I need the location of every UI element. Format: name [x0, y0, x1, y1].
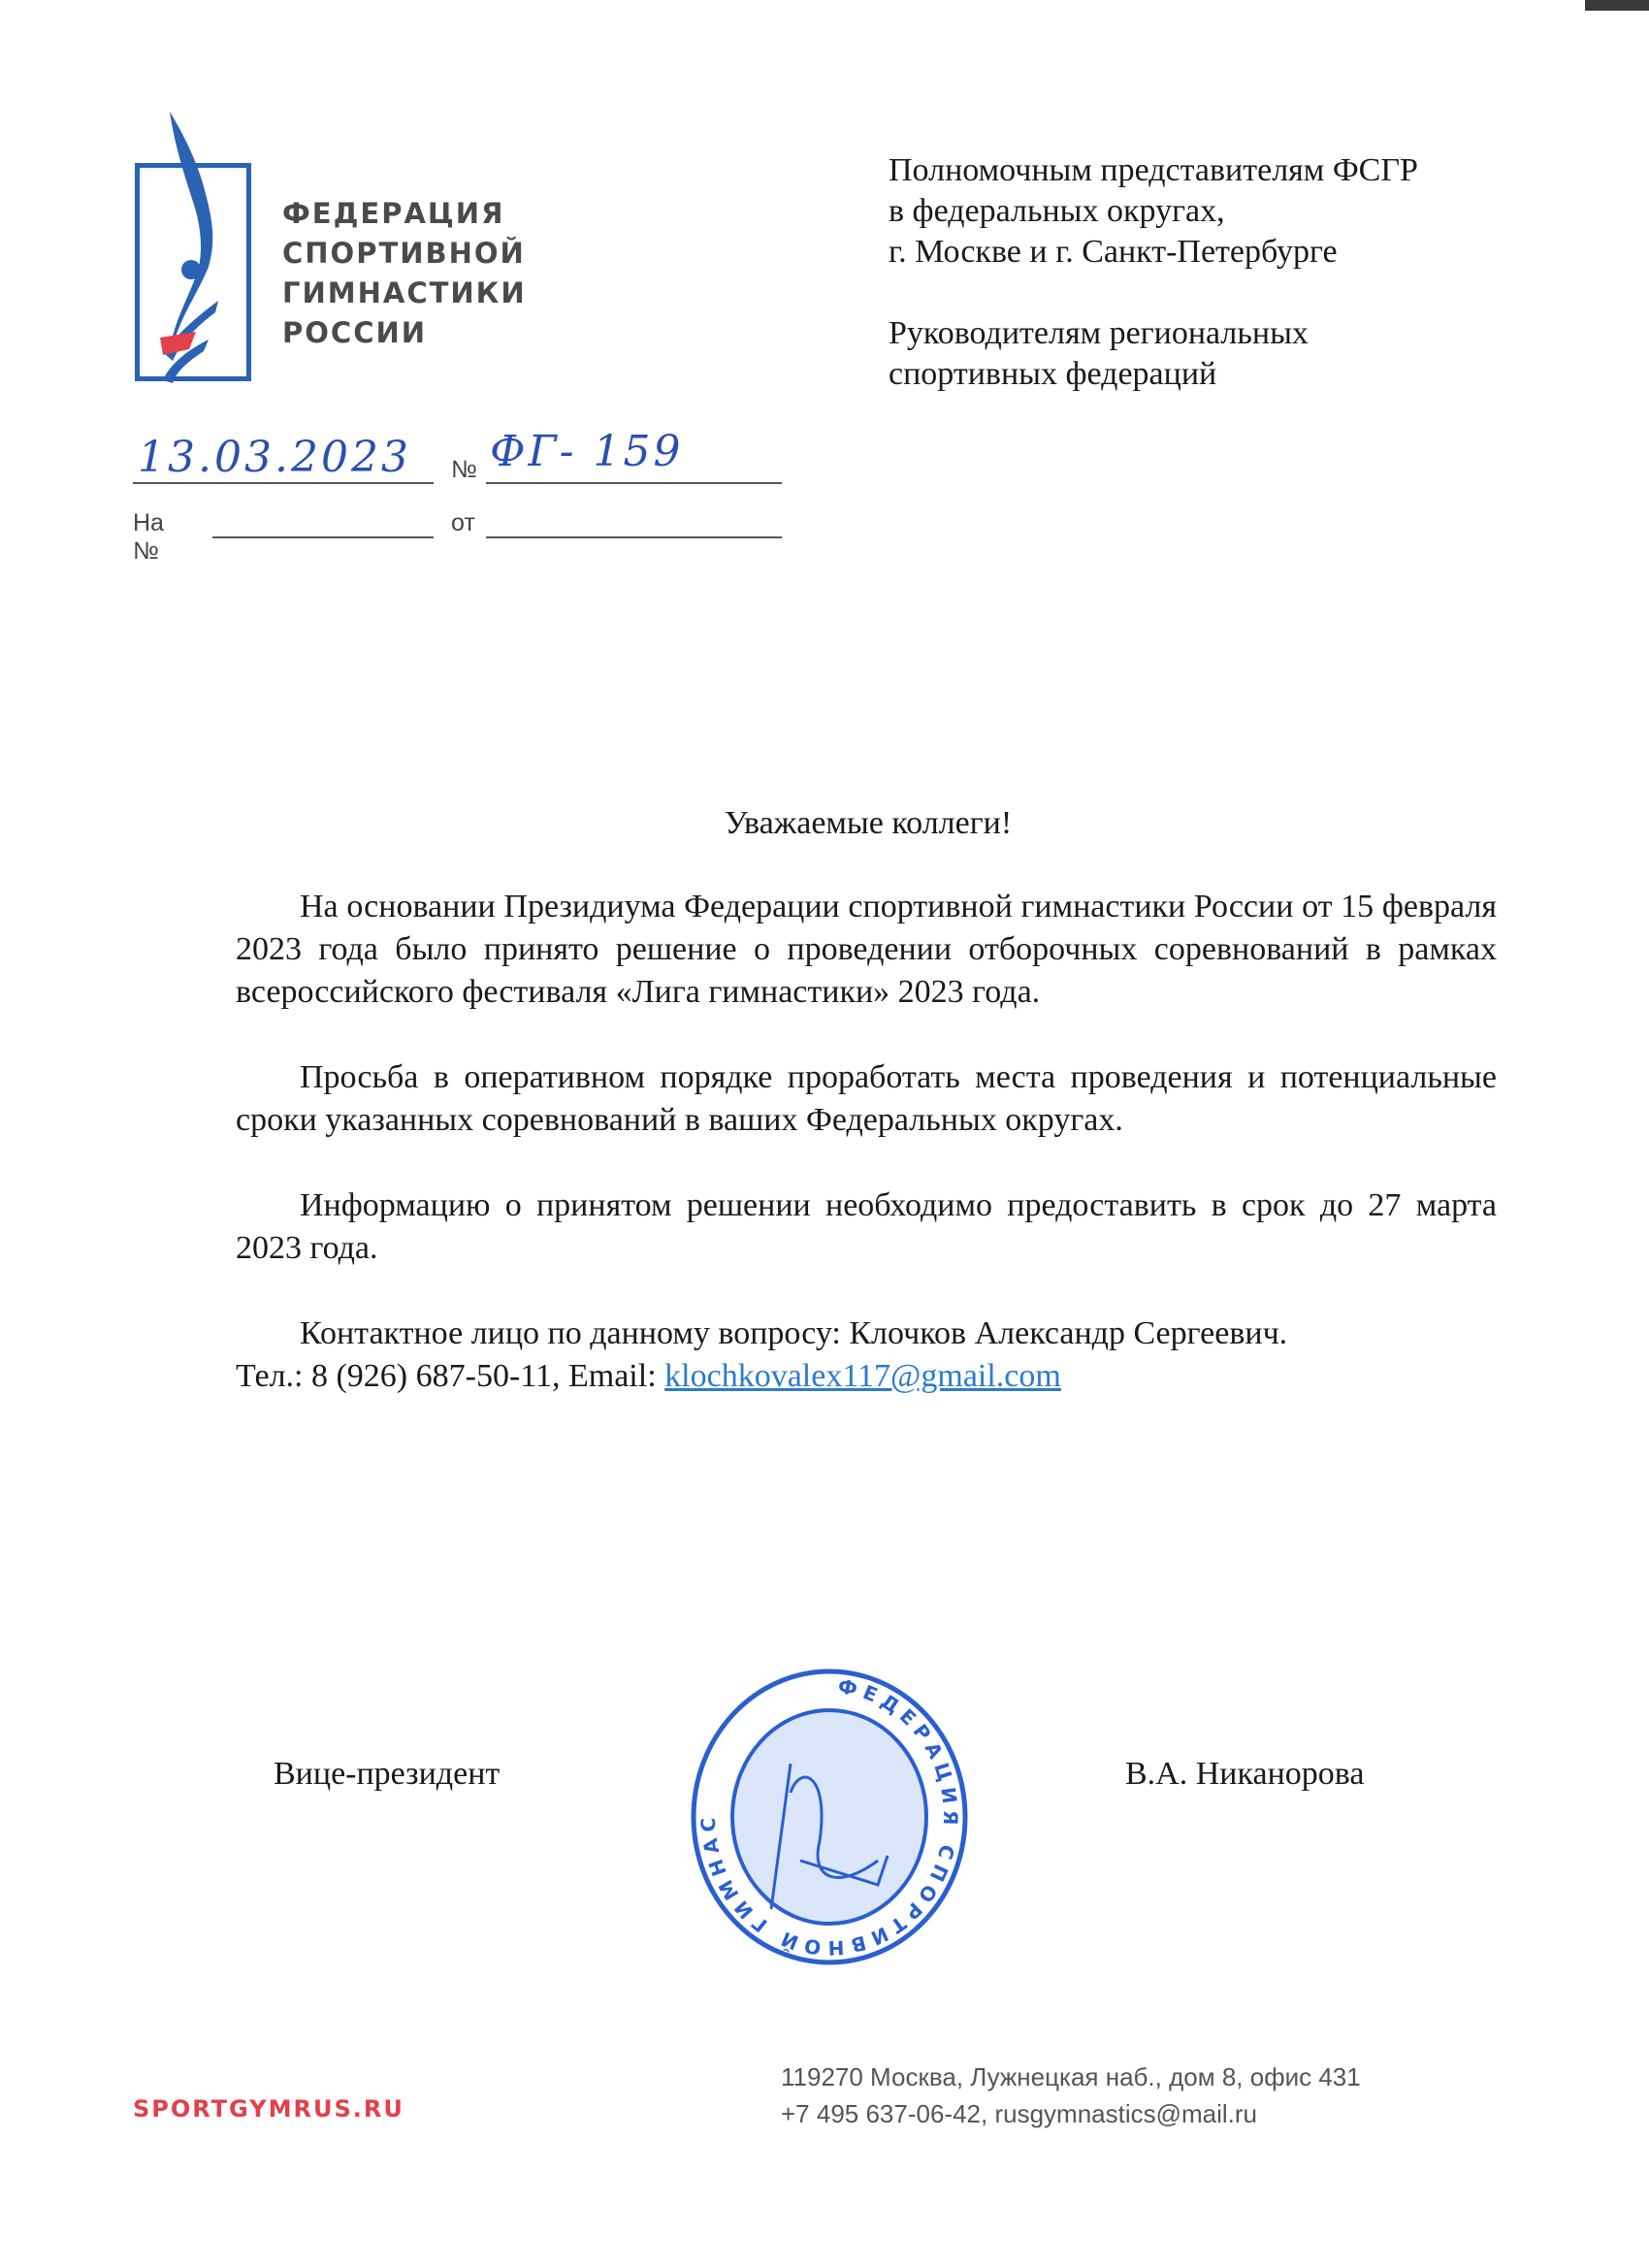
signatory-title: Вице-президент	[274, 1756, 500, 1793]
org-name-line: ФЕДЕРАЦИЯ	[282, 194, 527, 234]
paragraph: Информацию о принятом решении необходимо…	[236, 1184, 1497, 1270]
reply-to-label: На №	[133, 509, 164, 566]
registration-date: 13.03.2023	[138, 433, 411, 482]
signatory-name: В.А. Никанорова	[1125, 1756, 1364, 1793]
paragraph: На основании Президиума Федерации спорти…	[236, 886, 1497, 1014]
footer-website[interactable]: SPORTGYMRUS.RU	[133, 2095, 404, 2122]
org-name: ФЕДЕРАЦИЯ СПОРТИВНОЙ ГИМНАСТИКИ РОССИИ	[282, 194, 527, 353]
contact-person: Контактное лицо по данному вопросу: Клоч…	[300, 1315, 1287, 1351]
org-name-line: СПОРТИВНОЙ	[282, 234, 527, 274]
contact-paragraph: Контактное лицо по данному вопросу: Клоч…	[236, 1312, 1497, 1355]
number-label: №	[451, 456, 477, 484]
recipient-group: Руководителям региональных спортивных фе…	[889, 313, 1418, 395]
recipient-line: в федеральных округах,	[889, 193, 1225, 229]
recipient-line: Полномочным представителям ФСГР	[889, 152, 1418, 188]
from-field	[486, 536, 782, 538]
recipient-group: Полномочным представителям ФСГР в федера…	[889, 150, 1418, 273]
footer-phone-email: +7 495 637-06-42, rusgymnastics@mail.ru	[781, 2095, 1361, 2132]
letter-body: На основании Президиума Федерации спорти…	[236, 886, 1497, 1398]
org-name-line: ГИМНАСТИКИ	[282, 274, 527, 313]
reply-to-field	[212, 536, 434, 538]
scan-edge	[1585, 0, 1649, 11]
from-label: от	[451, 509, 475, 537]
recipients-block: Полномочным представителям ФСГР в федера…	[889, 150, 1418, 436]
greeting: Уважаемые коллеги!	[0, 805, 1649, 842]
contact-email-link[interactable]: klochkovalex117@gmail.com	[664, 1358, 1061, 1394]
footer-address: 119270 Москва, Лужнецкая наб., дом 8, оф…	[781, 2058, 1361, 2095]
contact-phone: Тел.: 8 (926) 687-50-11, Email:	[236, 1358, 664, 1394]
recipient-line: спортивных федераций	[889, 356, 1216, 392]
registration-number: ФГ- 159	[490, 427, 684, 476]
recipient-line: Руководителям региональных	[889, 315, 1309, 351]
gymnast-logo-icon	[145, 107, 252, 388]
contact-details: Тел.: 8 (926) 687-50-11, Email: klochkov…	[236, 1355, 1497, 1398]
date-underline	[133, 482, 434, 484]
paragraph: Просьба в оперативном порядке проработат…	[236, 1056, 1497, 1142]
recipient-line: г. Москве и г. Санкт-Петербурге	[889, 234, 1338, 270]
official-stamp-icon: ФЕДЕРАЦИЯ СПОРТИВНОЙ ГИМНАСТИКИ РОССИИ	[684, 1667, 975, 1967]
org-name-line: РОССИИ	[282, 313, 527, 353]
number-underline	[486, 482, 782, 484]
footer-contacts: 119270 Москва, Лужнецкая наб., дом 8, оф…	[781, 2058, 1361, 2132]
